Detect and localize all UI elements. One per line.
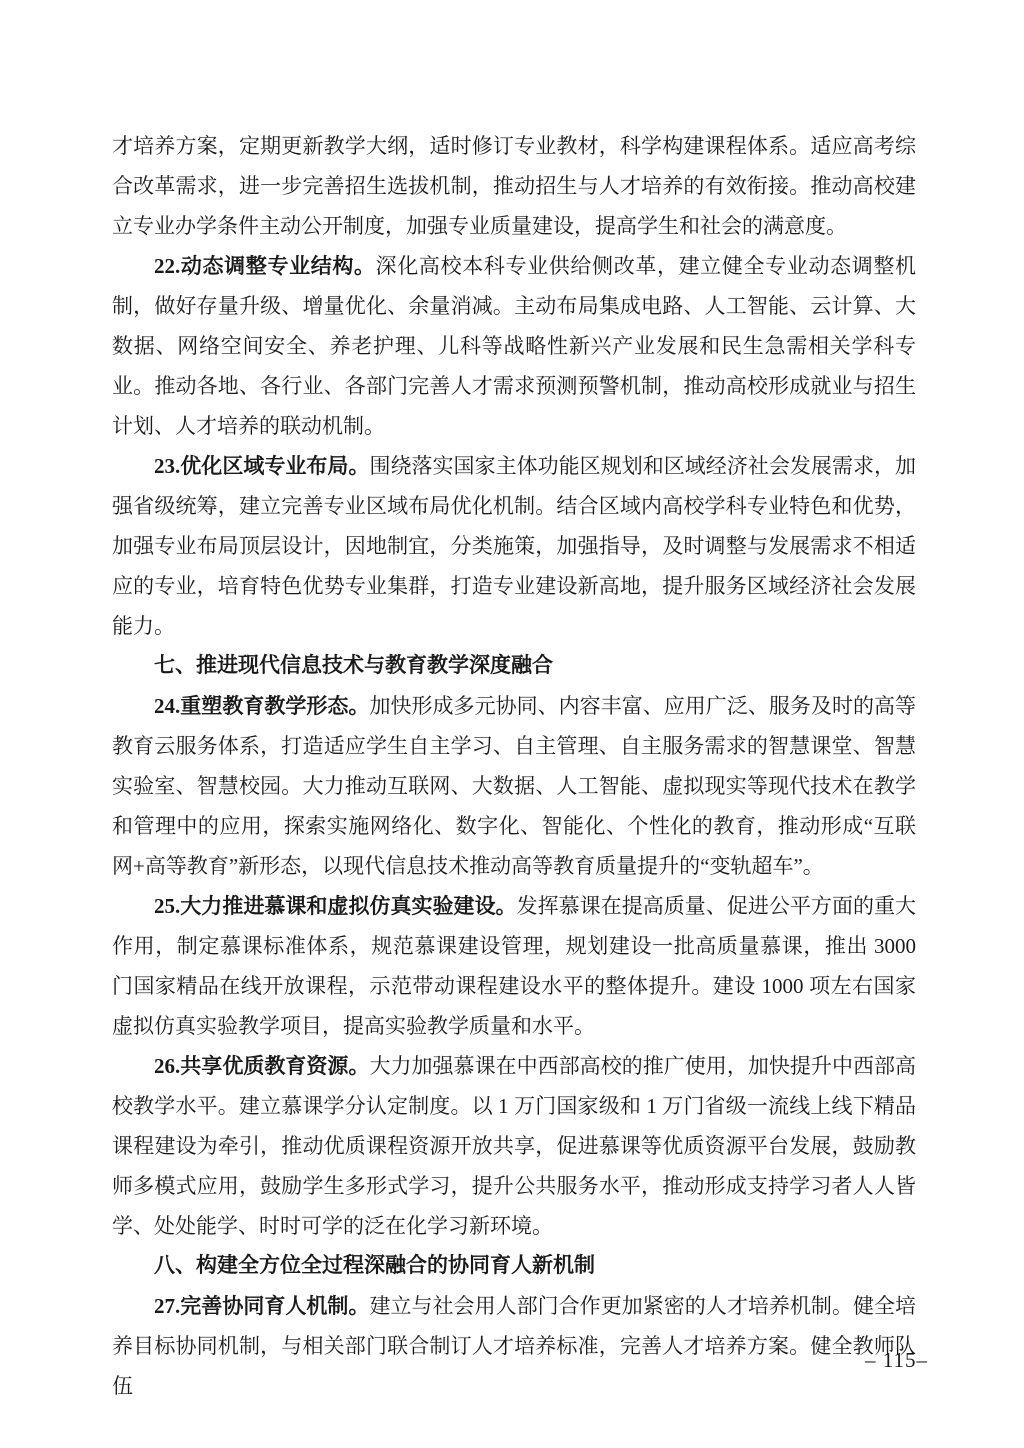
paragraph-22: 22.动态调整专业结构。深化高校本科专业供给侧改革，建立健全专业动态调整机制，做… <box>112 246 916 446</box>
page-number: – 115– <box>865 1347 928 1373</box>
paragraph-24: 24.重塑教育教学形态。加快形成多元协同、内容丰富、应用广泛、服务及时的高等教育… <box>112 686 916 886</box>
paragraph-25: 25.大力推进慕课和虚拟仿真实验建设。发挥慕课在提高质量、促进公平方面的重大作用… <box>112 886 916 1046</box>
paragraph-26-title: 26.共享优质教育资源。 <box>154 1054 369 1078</box>
paragraph-24-body: 加快形成多元协同、内容丰富、应用广泛、服务及时的高等教育云服务体系，打造适应学生… <box>112 694 916 878</box>
paragraph-23-title: 23.优化区域专业布局。 <box>154 454 369 478</box>
paragraph-26-body: 大力加强慕课在中西部高校的推广使用，加快提升中西部高校教学水平。建立慕课学分认定… <box>112 1054 916 1238</box>
paragraph-continuation: 才培养方案，定期更新教学大纲，适时修订专业教材，科学构建课程体系。适应高考综合改… <box>112 126 916 246</box>
document-body: 才培养方案，定期更新教学大纲，适时修订专业教材，科学构建课程体系。适应高考综合改… <box>112 126 916 1406</box>
paragraph-24-title: 24.重塑教育教学形态。 <box>154 694 369 718</box>
paragraph-26: 26.共享优质教育资源。大力加强慕课在中西部高校的推广使用，加快提升中西部高校教… <box>112 1046 916 1246</box>
paragraph-22-body: 深化高校本科专业供给侧改革，建立健全专业动态调整机制，做好存量升级、增量优化、余… <box>112 254 916 438</box>
paragraph-27-title: 27.完善协同育人机制。 <box>154 1294 369 1318</box>
paragraph-25-title: 25.大力推进慕课和虚拟仿真实验建设。 <box>154 894 517 918</box>
section-heading-7: 七、推进现代信息技术与教育教学深度融合 <box>112 646 916 686</box>
paragraph-23: 23.优化区域专业布局。围绕落实国家主体功能区规划和区域经济社会发展需求，加强省… <box>112 446 916 646</box>
section-heading-8: 八、构建全方位全过程深融合的协同育人新机制 <box>112 1246 916 1286</box>
paragraph-22-title: 22.动态调整专业结构。 <box>154 254 376 278</box>
paragraph-23-body: 围绕落实国家主体功能区规划和区域经济社会发展需求，加强省级统筹，建立完善专业区域… <box>112 454 916 638</box>
document-page: 才培养方案，定期更新教学大纲，适时修订专业教材，科学构建课程体系。适应高考综合改… <box>0 0 1024 1448</box>
paragraph-27: 27.完善协同育人机制。建立与社会用人部门合作更加紧密的人才培养机制。健全培养目… <box>112 1286 916 1406</box>
